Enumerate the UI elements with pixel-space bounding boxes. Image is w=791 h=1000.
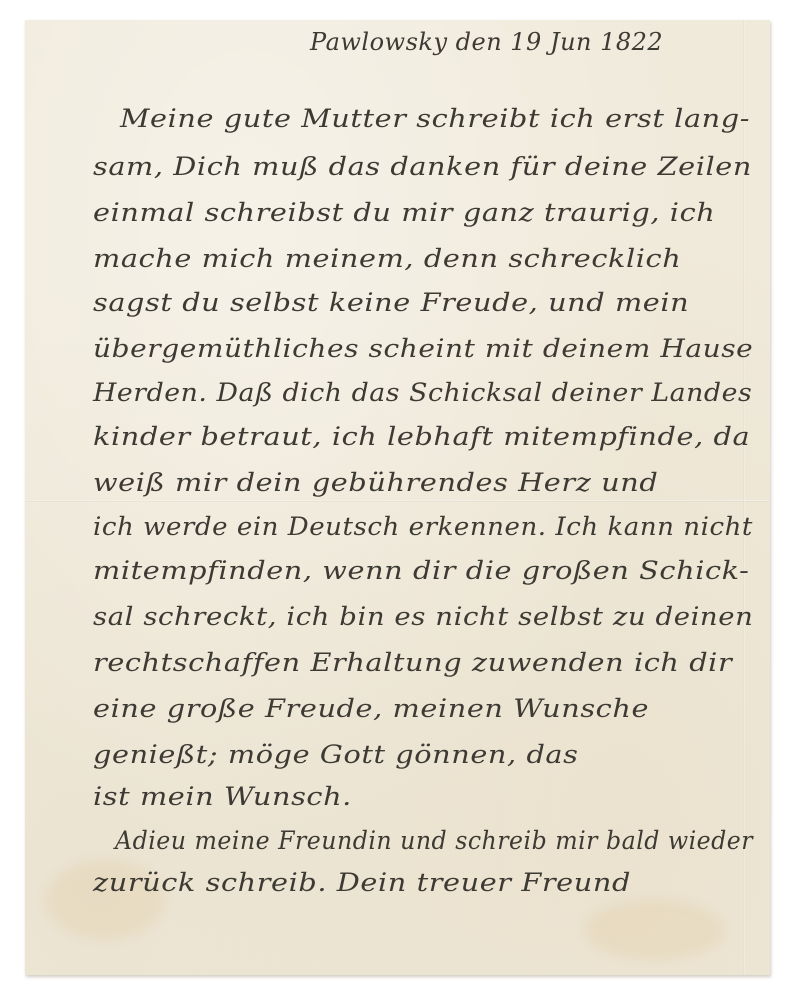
letter-body-line: ich werde ein Deutsch erkennen. Ich kann… xyxy=(93,512,753,541)
letter-page: Pawlowsky den 19 Jun 1822 Meine gute Mut… xyxy=(25,20,770,975)
letter-body-line: rechtschaffen Erhaltung zuwenden ich dir xyxy=(93,648,732,677)
letter-closing-line: zurück schreib. Dein treuer Freund xyxy=(93,868,631,897)
letter-body-line: sagst du selbst keine Freude, und mein xyxy=(93,288,689,317)
letter-body-line: sal schreckt, ich bin es nicht selbst zu… xyxy=(93,602,753,631)
horizontal-fold-crease xyxy=(25,500,770,502)
letter-body-line: eine große Freude, meinen Wunsche xyxy=(93,694,649,723)
letter-place-date: Pawlowsky den 19 Jun 1822 xyxy=(310,28,690,56)
letter-body-line: mache mich meinem, denn schrecklich xyxy=(93,244,681,273)
letter-body-line: einmal schreibst du mir ganz traurig, ic… xyxy=(93,198,715,227)
letter-body-line: weiß mir dein gebührendes Herz und xyxy=(93,468,658,497)
letter-body-line: übergemüthliches scheint mit deinem Haus… xyxy=(93,334,753,363)
paper-stain xyxy=(585,900,725,960)
letter-body-line: mitempfinden, wenn dir die großen Schick… xyxy=(93,556,749,585)
letter-body-line: sam, Dich muß das danken für deine Zeile… xyxy=(93,152,752,181)
letter-body-line: Meine gute Mutter schreibt ich erst lang… xyxy=(120,104,750,133)
letter-body-line: kinder betraut, ich lebhaft mitempfinde,… xyxy=(93,422,750,451)
letter-body-line: ist mein Wunsch. xyxy=(93,782,352,811)
letter-closing-line: Adieu meine Freundin und schreib mir bal… xyxy=(115,826,753,855)
letter-body-line: genießt; möge Gott gönnen, das xyxy=(93,740,578,769)
letter-body-line: Herden. Daß dich das Schicksal deiner La… xyxy=(93,378,752,407)
